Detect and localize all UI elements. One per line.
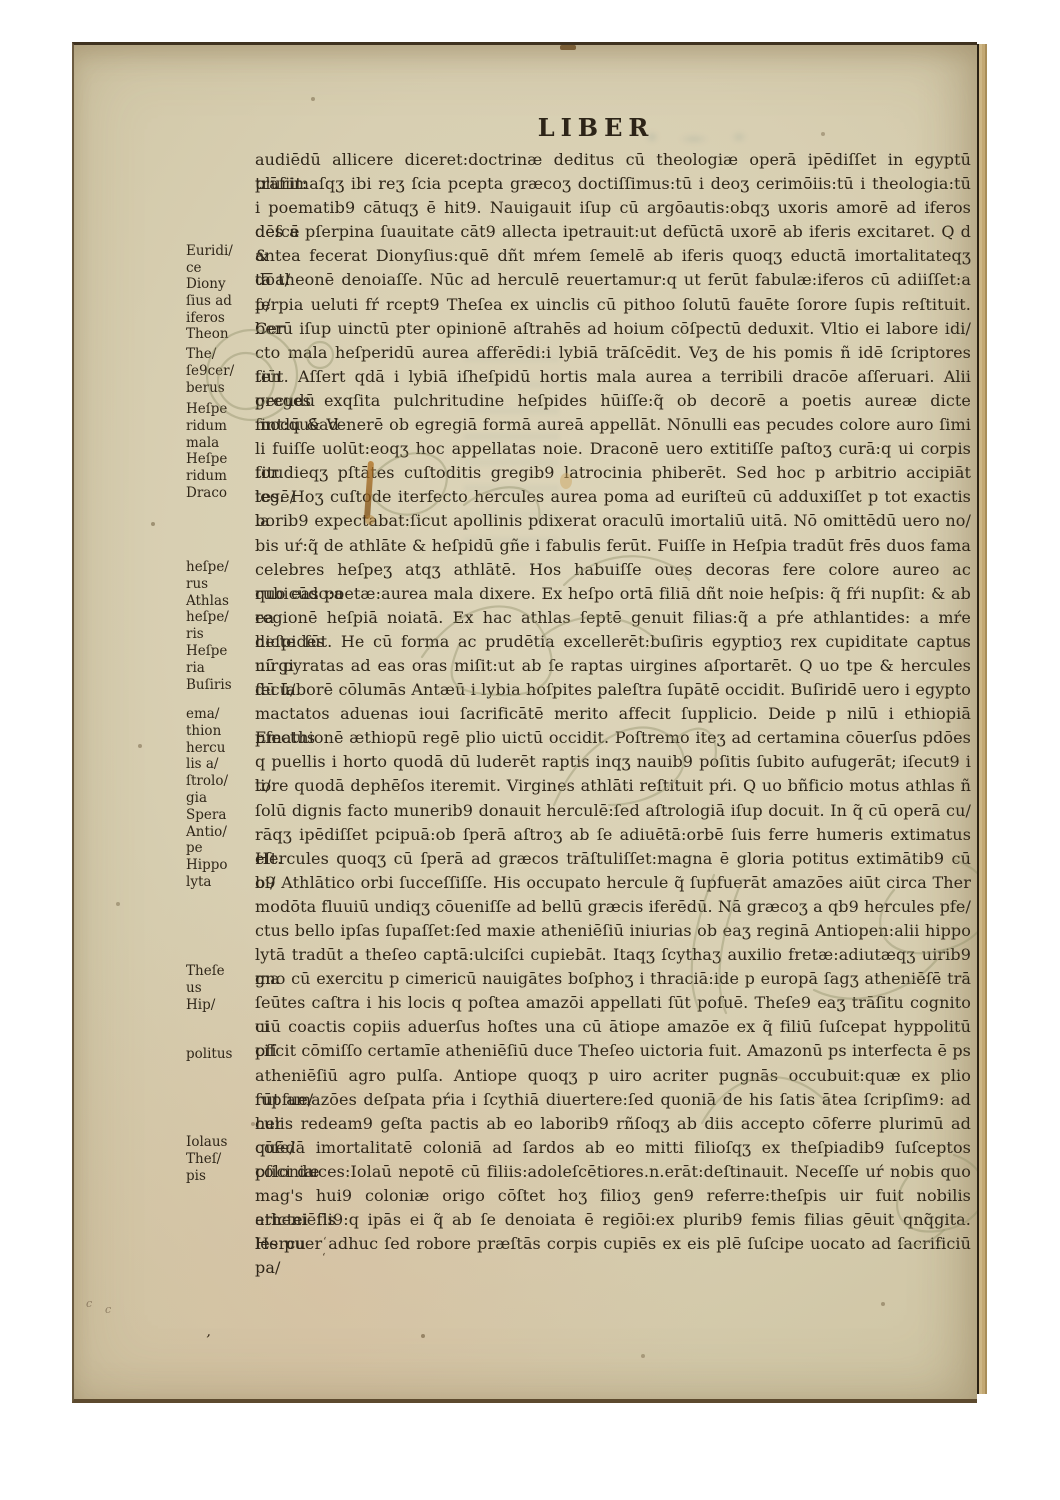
- text-line: greges exqſita pulchritudine heſpides hū…: [255, 389, 971, 413]
- text-line: b9 Athlātico orbi ſucceſſiſſe. His occup…: [255, 871, 971, 895]
- ink-stain-blob: [365, 515, 375, 525]
- text-line: quo eas poetæ:aurea mala dixere. Ex heſp…: [255, 582, 971, 606]
- text-line: tā theonē denoiaſſe. Nūc ad herculē reue…: [255, 268, 971, 292]
- margin-note: Theſe us Hip/: [186, 963, 258, 1013]
- page-title: LIBER: [506, 113, 686, 142]
- text-line: regionē heſpiā noiatā. Ex hac athlas ſep…: [255, 606, 971, 630]
- text-line: gno cū exercitu p cimericū nauigātes boſ…: [255, 967, 971, 991]
- margin-note: heſpe/ rus Athlas heſpe/ ris Heſpe ria B…: [186, 559, 258, 693]
- text-line: tiūt. Aſſert qdā i lybiā iſheſpidū horti…: [255, 365, 971, 389]
- text-line: ſerpia ueluti fŕ rcept9 Theſea ex uincli…: [255, 293, 971, 317]
- pen-mark: ‘: [323, 1235, 327, 1248]
- text-line: uiū coactis copiis aduerſus hoſtes una c…: [255, 1015, 971, 1039]
- text-line: Emathionē æthiopū regē plio uictū occidi…: [255, 726, 971, 750]
- text-line: li fuiſſe uolūt:eoqʒ hoc appellatas noie…: [255, 437, 971, 461]
- book-page-scan: LIBER audiēdū allicere diceret:doctrinæ …: [72, 42, 977, 1403]
- text-line: ctus bello ipſas ſupaſſet:ſed maxie athe…: [255, 919, 971, 943]
- text-line: cto mala heſperidū aurea afferēdi:i lybi…: [255, 341, 971, 365]
- text-line: borib9 expectabat:ſicut apollinis pdixer…: [255, 509, 971, 533]
- text-line: celebres heſpeʒ atqʒ athlātē. Hos habuiſ…: [255, 558, 971, 582]
- text-line: titudieqʒ pſtātes cuſtoditis gregib9 lat…: [255, 461, 971, 485]
- text-line: bis uŕ:q̃ de athlāte & heſpidū gñe i fab…: [255, 534, 971, 558]
- text-line: les puer adhuc ſed robore præſtās corpis…: [255, 1232, 971, 1256]
- paper-speckles: [74, 45, 76, 47]
- margin-note: The/ ſe9cer/ berus: [186, 346, 258, 396]
- pen-mark: c: [105, 1303, 111, 1316]
- text-line: culis redeam9 geſta pactis ab eo laborib…: [255, 1112, 971, 1136]
- text-line: Hercules quoqʒ cū ſperā ad græcos trāſtu…: [255, 847, 971, 871]
- text-line: modōta fluuiū undiqʒ cōueniſſe ad bellū …: [255, 895, 971, 919]
- text-line: quēdā imortalitatē coloniā ad ſardos ab …: [255, 1136, 971, 1160]
- edge-stain: [560, 45, 576, 50]
- text-line: rāqʒ ipēdiſſet pcipuā:ob ſperā aſtroʒ ab…: [255, 823, 971, 847]
- margin-note: politus: [186, 1046, 258, 1063]
- text-line: q puellis i horto quodā dū luderēt rapti…: [255, 750, 971, 774]
- text-line: dēs a pſerpina ſuauitate cāt9 allecta ip…: [255, 220, 971, 244]
- text-line: ciſcit cōmiſſo certamīe atheniēſiū duce …: [255, 1039, 971, 1063]
- text-line: rūt amazōes deſpata pŕia i ſcythiā diuer…: [255, 1088, 971, 1112]
- text-line: audiēdū allicere diceret:doctrinæ deditu…: [255, 148, 971, 172]
- body-text-block: audiēdū allicere diceret:doctrinæ deditu…: [255, 148, 971, 1256]
- text-line: berū iſup uinctū pter opinionē aſtrahēs …: [255, 317, 971, 341]
- text-line: lytā tradūt a theſeo captā:ulciſci cupie…: [255, 943, 971, 967]
- pen-mark: ‘: [322, 1251, 326, 1264]
- margin-note: Iolaus Theſ/ pis: [186, 1134, 258, 1184]
- text-line: erictei fli9:q ipās ei q̃ ab ſe denoiata…: [255, 1208, 971, 1232]
- text-line: tore quodā dephēſos iteremit. Virgines a…: [255, 774, 971, 798]
- text-line: modū & Venerē ob egregiā formā aureā app…: [255, 413, 971, 437]
- margin-note: Diony ſius ad iferos Theon: [186, 276, 258, 343]
- text-line: mag's hui9 coloniæ origo cōſtet hoʒ fili…: [255, 1184, 971, 1208]
- text-line: nū pyratas ad eas oras miſit:ut ab ſe ra…: [255, 654, 971, 678]
- text-line: dū laborē cōlumās Antæū i lybia hoſpites…: [255, 678, 971, 702]
- text-line: pfici duces:Iolaū nepotē cū filiis:adole…: [255, 1160, 971, 1184]
- text-line: plurimaſqʒ ibi reʒ ſcia pcepta græcoʒ do…: [255, 172, 971, 196]
- text-line: dicte ſūt. He cū forma ac prudētia excel…: [255, 630, 971, 654]
- text-line: antea fecerat Dionyſius:quē dñt mŕem ſem…: [255, 244, 971, 268]
- margin-note: Euridi/ ce: [186, 243, 258, 277]
- pen-mark: c: [86, 1297, 92, 1310]
- ink-stain-blob: [560, 473, 572, 489]
- text-line: mactatos aduenas ioui ſacrificātē merito…: [255, 702, 971, 726]
- text-line: tes. Hoʒ cuſtode iterfecto hercules aure…: [255, 485, 971, 509]
- text-line: atheniēſiū agro pulſa. Antiope quoqʒ p u…: [255, 1064, 971, 1088]
- margin-note: Heſpe ridum mala Heſpe ridum Draco: [186, 401, 258, 502]
- text-line: ſolū dignis facto munerib9 donauit hercu…: [255, 799, 971, 823]
- margin-note: ema/ thion hercu lis a/ ſtrolo/ gia Sper…: [186, 706, 258, 891]
- text-line: i poematib9 cātuqʒ ē hit9. Nauigauit iſu…: [255, 196, 971, 220]
- text-line: ſeūtes caſtra i his locis q poſtea amazō…: [255, 991, 971, 1015]
- book-fore-edge: [977, 44, 987, 1394]
- pen-mark: ’: [203, 1331, 211, 1350]
